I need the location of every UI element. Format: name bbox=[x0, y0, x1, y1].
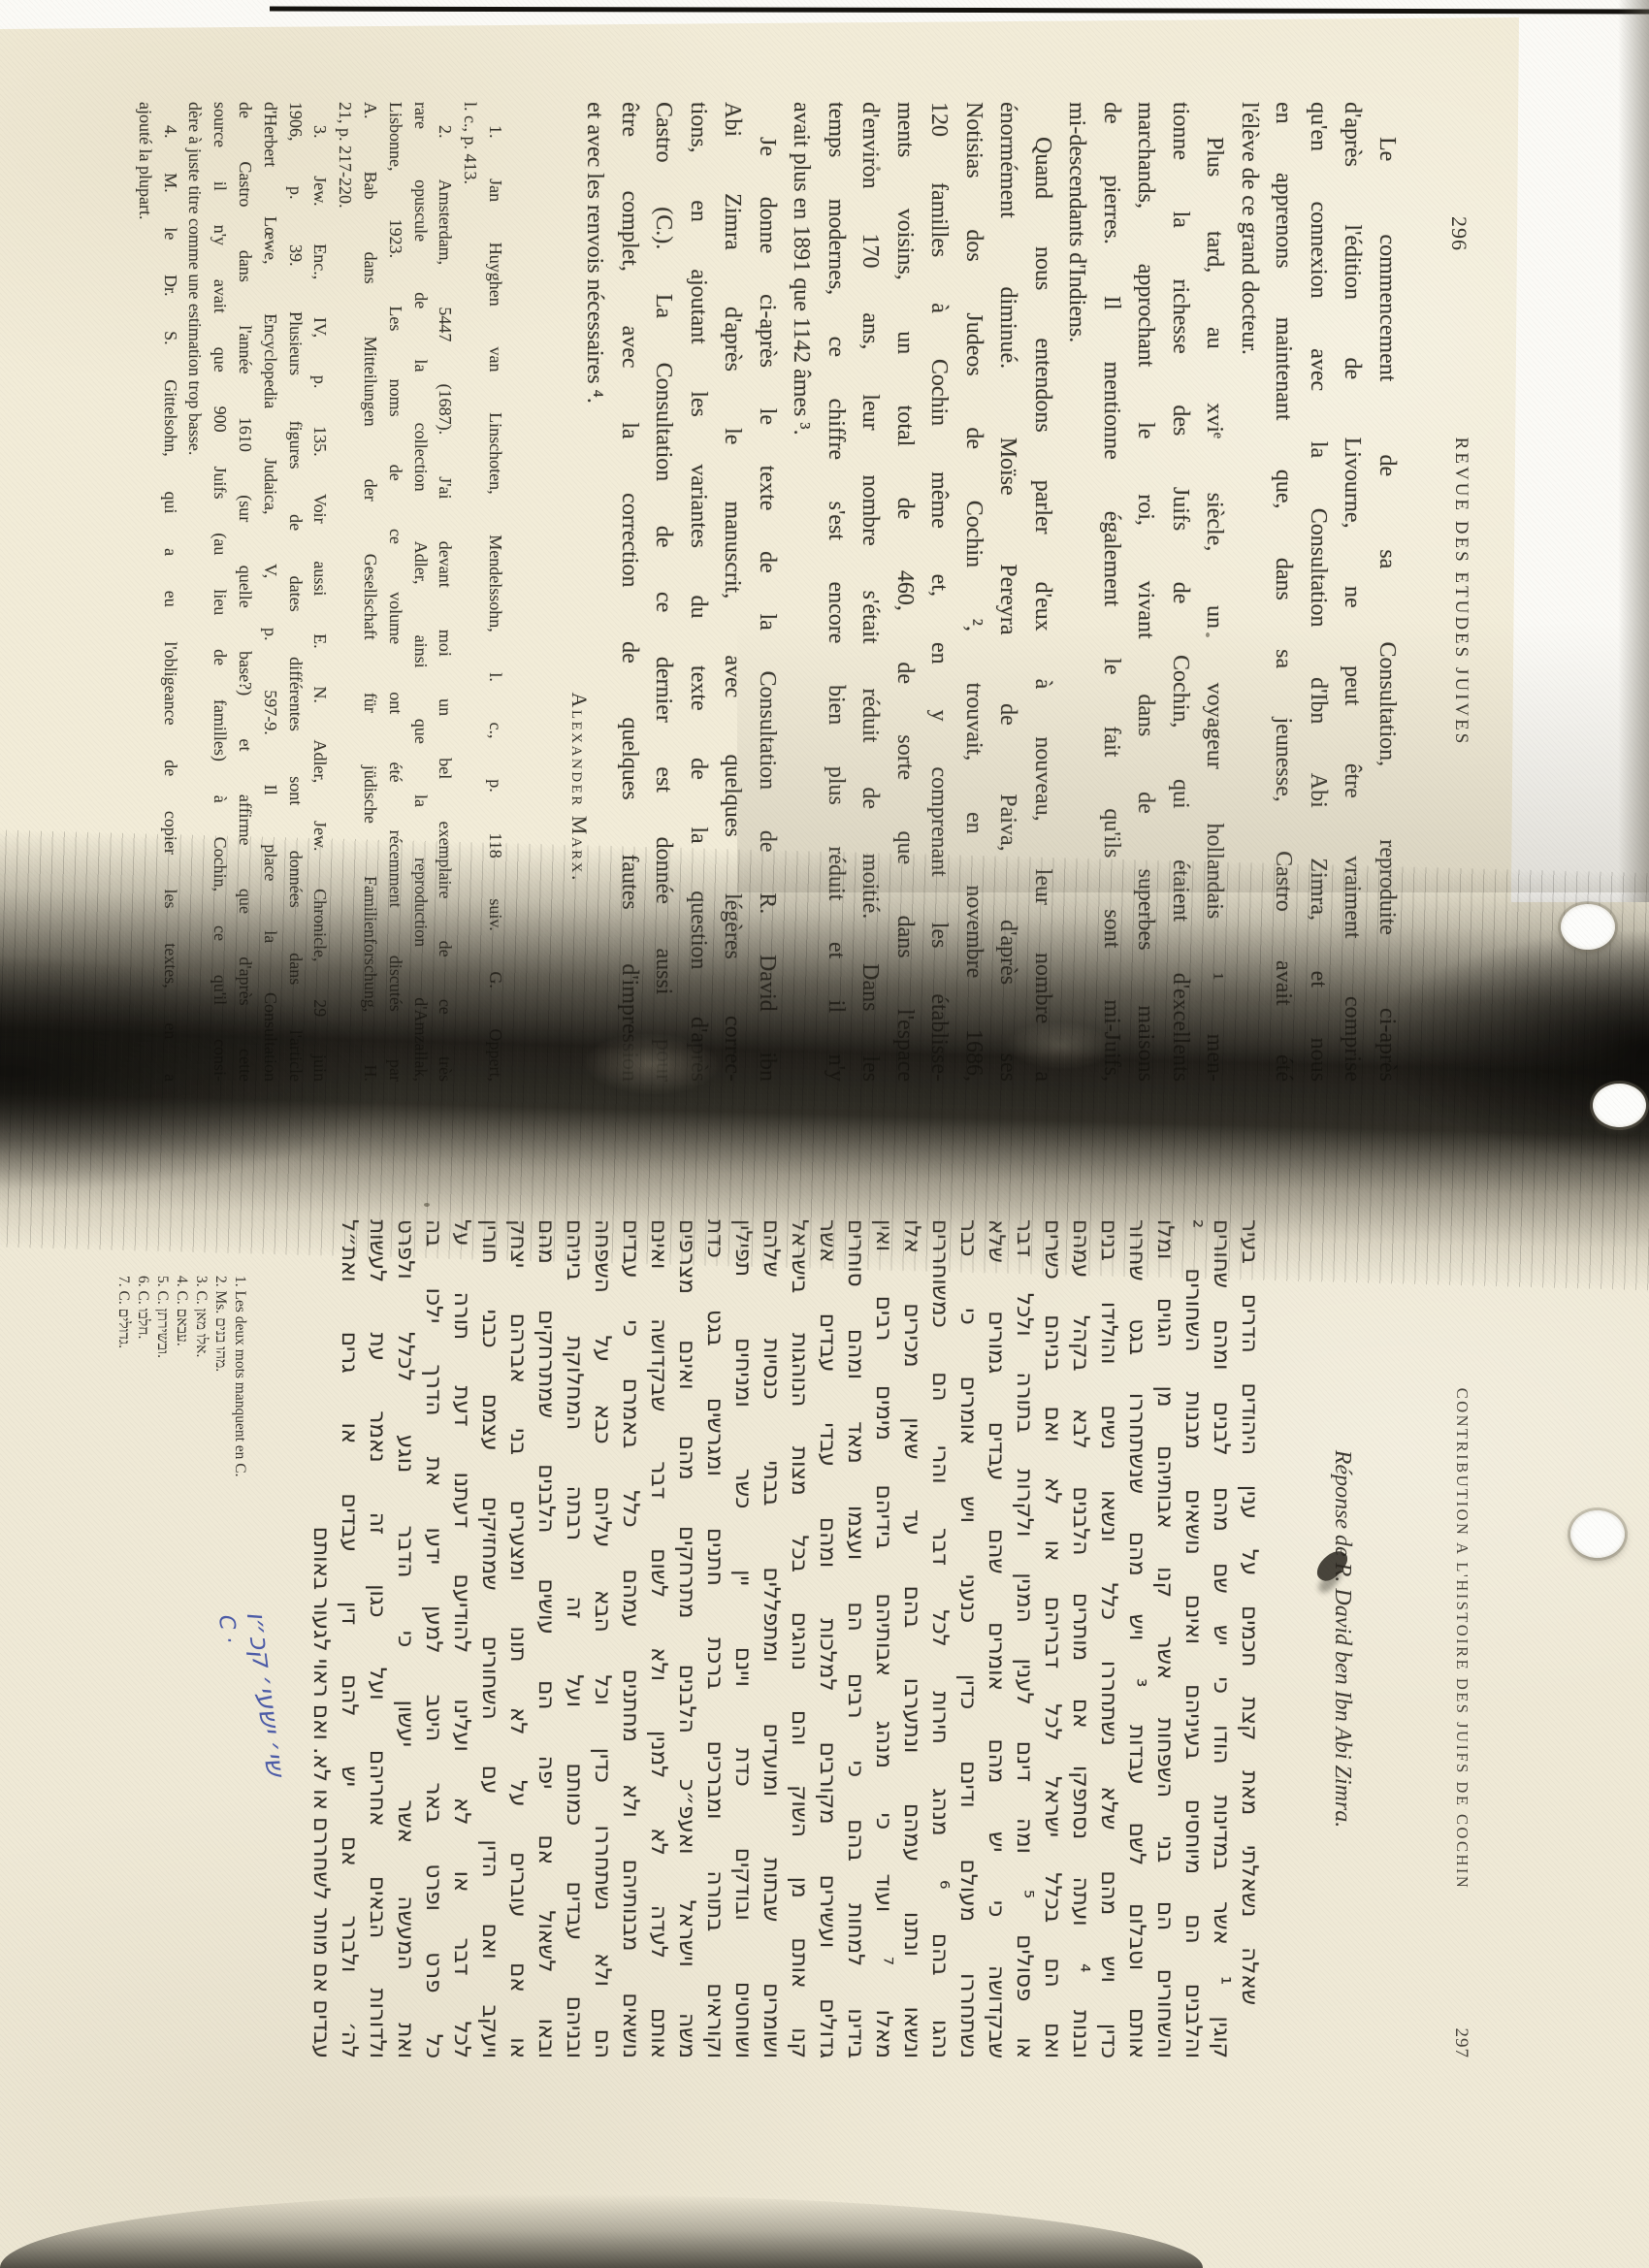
scan-haze bbox=[737, 621, 1649, 892]
right-edge-streak bbox=[1618, 0, 1649, 902]
hebrew-text-line: שאלה נשאלתי מאת קצת חכמים על ענין היהודי… bbox=[1235, 1219, 1263, 2058]
gutter-shadow-band bbox=[0, 828, 1649, 1292]
hebrew-text-line: ושוחטים ובודקים כדת ויינם יין כשר ומניחי… bbox=[728, 1219, 757, 2058]
page-296-number: 296 bbox=[1446, 216, 1471, 251]
hebrew-text-line: גדולים ועשירים מקורבים למלכות ומהם עבדי … bbox=[813, 1219, 841, 2058]
hebrew-text-line: מאלו ⁷ ועוד כי מנהג אבותיהם בידיהם מימים… bbox=[869, 1219, 897, 2058]
hebrew-text-line: אותם וטבלום לשם עבדות ³ ויש מהם שנשתחררו… bbox=[1122, 1219, 1150, 2058]
hebrew-text-line: אותם לעדה לא למנין ולא לשום דבר שבקדושה … bbox=[644, 1219, 672, 2058]
hebrew-text-line: נושאים מבנותיהם ולא מחתנים עמהם כלל באמר… bbox=[616, 1219, 644, 2058]
hebrew-text-line: שבקדושה כי יש מהם אומרים שהם עבדים גמורי… bbox=[982, 1219, 1010, 2058]
variant-note-line: 6. C. חלבו. bbox=[133, 1276, 152, 2058]
hebrew-text-line: כל פרט ופרט באר היטב למען ידעו את הדרך י… bbox=[419, 1219, 447, 2058]
scanned-journal-photocopy: { "colors":{"paper_top":"#f2ecd8","paper… bbox=[0, 0, 1649, 2268]
hebrew-text-line: לה׳ ולברר אם יש להם דין עבדים או גרים וא… bbox=[335, 1219, 363, 2058]
hebrew-text-line: והלבנים הם מיוחסים בעיניהם ואינם נושאים … bbox=[1179, 1219, 1207, 2058]
page-297-number: 297 bbox=[1450, 2028, 1471, 2059]
punch-hole bbox=[1593, 1084, 1646, 1127]
variant-note-line: 3. C. אלו מאן. bbox=[191, 1276, 210, 2058]
hebrew-text-line: או אם עוברים על לא תונו ומצערים בני אברה… bbox=[503, 1219, 532, 2058]
article-title-header: CONTRIBUTION A L'HISTOIRE DES JUIFS DE C… bbox=[1453, 1388, 1471, 1891]
page-297-running-header: CONTRIBUTION A L'HISTOIRE DES JUIFS DE C… bbox=[1446, 1219, 1471, 2058]
ink-speck bbox=[876, 167, 881, 171]
hebrew-text-line: ואת המעשה אשר יעשון כי הדבר נוגע לכלל ול… bbox=[391, 1219, 419, 2058]
hebrew-text-line: או פסולים ⁵ ומה דינם לענין המנין ולקרות … bbox=[1010, 1219, 1038, 2058]
punch-hole bbox=[1561, 904, 1615, 950]
hebrew-text-line: ושומרים שבתות ומועדים ומתפללים בבתי כנסי… bbox=[757, 1219, 785, 2058]
hebrew-text-line: ויעקב ואם הדין עם השחורים שמחזיקים עצמם … bbox=[475, 1219, 503, 2058]
hebrew-text-line: קנו אותם מן השוק והם נוהגים בכל מצות הנו… bbox=[785, 1219, 813, 2058]
hebrew-text-line: ונשאו ונתנו עמהם ונתערבו בהם עד שאין מכי… bbox=[897, 1219, 925, 2058]
ink-speck bbox=[424, 1203, 430, 1207]
hebrew-text-line: בידינו למחות בהם כי רבים הם ועצמו מאד ומ… bbox=[841, 1219, 869, 2058]
hebrew-text-line: וקוראים בתורה ומברכים ברכת חתנים ומגרשים… bbox=[700, 1219, 728, 2058]
hebrew-text-line: נהגו בהם ⁶ מנהג חירות לכל דבר והרי הם כמ… bbox=[925, 1219, 954, 2058]
hebrew-text-line: הם ולא נשתחררו כדין וכל הבא עליהם כבא על… bbox=[588, 1219, 616, 2058]
hebrew-text-line: לכל דבר או לא ועלינו להודיעם דעתנו דעת ת… bbox=[447, 1219, 475, 2058]
hebrew-text-line: קוגין ¹ אשר במדינות הודו כי יש שם מהם לב… bbox=[1207, 1219, 1235, 2058]
hebrew-text-line: ובנות ⁴ ועתה נסתפקו אם מותרים הלבנים לבא… bbox=[1066, 1219, 1094, 2058]
hebrew-text-line: נשתחררו מעולם ודינם כדין כנעני ויש אומרי… bbox=[954, 1219, 982, 2058]
variant-note-line: 5. C. ובשירתן. bbox=[152, 1276, 172, 2058]
hebrew-text-line: ולדורות הבאים אחריהם ועל כגון זה נאמר עת… bbox=[363, 1219, 391, 2058]
hebrew-text-line: עבדים אם מותר לשחררם או לא. ואם ראוי לגע… bbox=[307, 1219, 335, 2058]
hebrew-text-line: כדין ויש מהם שלא נשתחררו כלל ונשאו נשים … bbox=[1094, 1219, 1122, 2058]
hebrew-text-line: והשחורים הם בני השפחות אשר קנו אבותיהם מ… bbox=[1150, 1219, 1179, 2058]
variant-note-line: 4. C. עבאם. bbox=[172, 1276, 191, 2058]
hebrew-text-line: ובאו לשאול אם יפה הם עושים הלבנים שמתרחק… bbox=[532, 1219, 560, 2058]
hebrew-text-line: משה וישראל ואעפ״כ הלבנים מתרחקים מהם ואי… bbox=[672, 1219, 700, 2058]
scan-edge-line bbox=[270, 7, 1649, 15]
variant-note-line: 7. C. גדולים. bbox=[113, 1276, 133, 2058]
hebrew-text-line: ואם הם בכלל ישראל לכל דבריהם או לא ואם ב… bbox=[1038, 1219, 1066, 2058]
responsum-section-title: Réponse de R. David ben Ibn Abi Zimra. bbox=[1329, 1219, 1355, 2058]
punch-hole bbox=[1570, 1510, 1625, 1558]
ink-speck bbox=[1206, 632, 1210, 637]
hebrew-responsum-text: שאלה נשאלתי מאת קצת חכמים על ענין היהודי… bbox=[307, 1219, 1263, 2058]
hebrew-text-line: ובניהם עבדים כמותם ועל זה רבתה המחלוקת ב… bbox=[560, 1219, 588, 2058]
